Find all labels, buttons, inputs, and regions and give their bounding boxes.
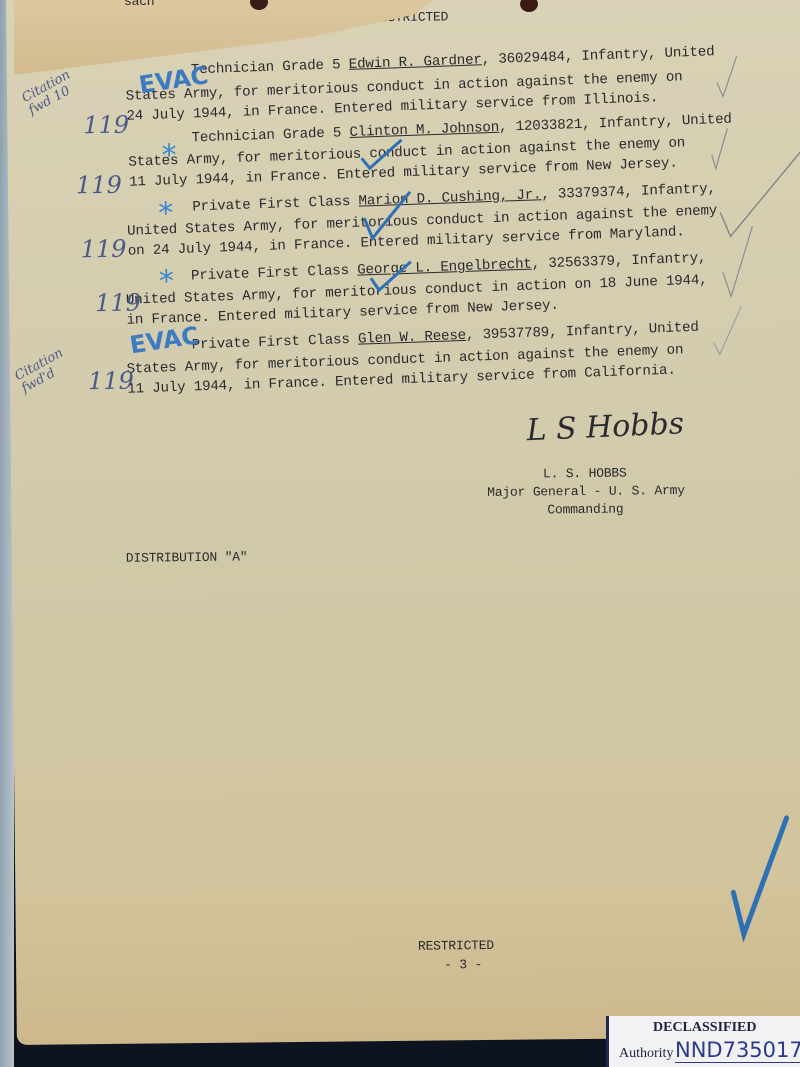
check-icon-blue-1 (357, 136, 407, 177)
signature-scrawl: L S Hobbs (526, 406, 685, 448)
check-icon-pencil-4 (718, 222, 759, 302)
authority-code: NND735017 (675, 1038, 800, 1063)
distribution-line: DISTRIBUTION "A" (126, 550, 248, 566)
check-icon-pencil-1 (713, 52, 744, 102)
declassified-stamp: DECLASSIFIED Authority NND735017 (606, 1016, 800, 1067)
margin-number-2: 119 (76, 171, 122, 199)
page-number: - 3 - (444, 957, 482, 972)
entry-1-name: Edwin R. Gardner (349, 52, 483, 73)
asterisk-icon-4: * (159, 264, 174, 299)
signer-role: Commanding (547, 502, 623, 518)
check-icon-pencil-5 (709, 302, 750, 362)
signer-name: L. S. HOBBS (543, 466, 627, 482)
asterisk-icon-3: * (158, 196, 173, 231)
margin-number-3: 119 (80, 235, 126, 263)
restricted-footer: RESTRICTED (418, 938, 494, 954)
margin-number-5: 119 (88, 367, 134, 395)
flap-cut-text: sach (124, 0, 154, 9)
asterisk-icon-2: * (161, 138, 176, 173)
declassified-title: DECLASSIFIED (653, 1020, 756, 1036)
margin-number-1: 119 (83, 111, 129, 139)
check-icon-blue-3 (367, 258, 417, 299)
entry-5-name: Glen W. Reese (358, 328, 467, 348)
document-page: RESTRICTED Technician Grade 5 Edwin R. G… (6, 0, 800, 1045)
margin-number-4: 119 (95, 289, 141, 317)
margin-note-citation-2: Citation fwd'd (13, 343, 79, 396)
authority-label: Authority (619, 1046, 673, 1062)
check-icon-blue-2 (358, 188, 419, 249)
check-icon-blue-large (725, 812, 796, 943)
signer-rank: Major General - U. S. Army (487, 483, 685, 500)
